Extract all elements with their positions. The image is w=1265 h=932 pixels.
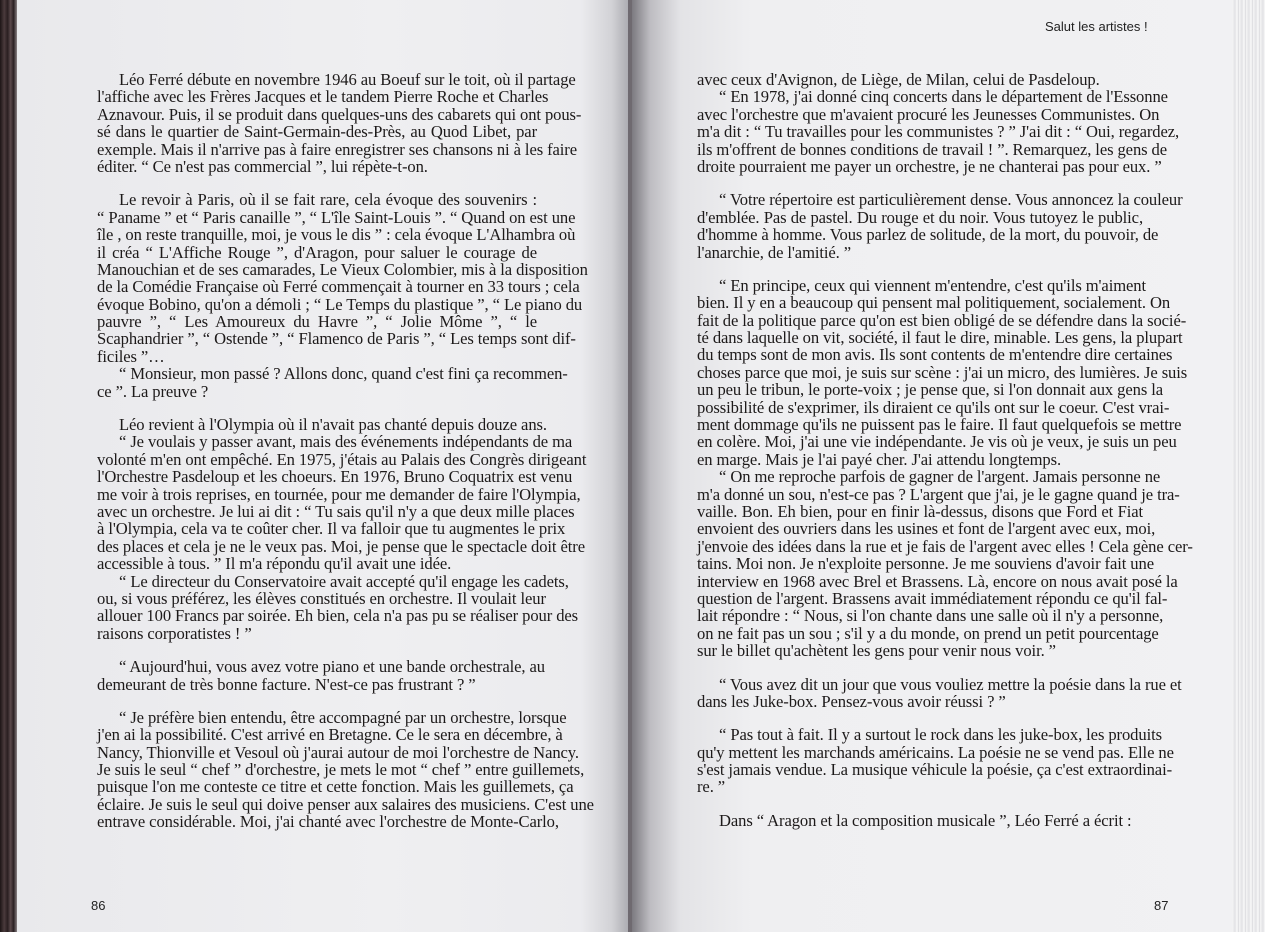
text-line: île , on reste tranquille, moi, je vous …: [97, 226, 537, 243]
text-line: ficiles ”…: [97, 348, 537, 365]
text-line: “ Monsieur, mon passé ? Allons donc, qua…: [97, 365, 537, 382]
text-line: Nancy, Thionville et Vesoul où j'aurai a…: [97, 744, 537, 761]
text-line: raisons corporatistes ! ”: [97, 625, 537, 642]
text-line: il créa “ L'Affiche Rouge ”, d'Aragon, p…: [97, 244, 537, 261]
text-line: droite pourraient me payer un orchestre,…: [697, 158, 1143, 175]
text-line: éclaire. Je suis le seul qui doive pense…: [97, 796, 537, 813]
text-line: envoient des ouvriers dans les usines et…: [697, 520, 1143, 537]
text-line: Manouchian et de ses camarades, Le Vieux…: [97, 261, 537, 278]
text-line: un peu le tribun, le porte-voix ; je pen…: [697, 381, 1143, 398]
text-line: volonté m'en ont empêché. En 1975, j'éta…: [97, 451, 537, 468]
text-line: entrave considérable. Moi, j'ai chanté a…: [97, 813, 537, 830]
text-line: “ Paname ” et “ Paris canaille ”, “ L'îl…: [97, 209, 537, 226]
text-line: en marge. Mais je l'ai payé cher. J'ai a…: [697, 451, 1143, 468]
paragraph: “ Le directeur du Conservatoire avait ac…: [97, 573, 537, 643]
text-line: évoque Bobino, qu'on a démoli ; “ Le Tem…: [97, 296, 537, 313]
text-line: “ Le directeur du Conservatoire avait ac…: [97, 573, 537, 590]
text-line: l'affiche avec les Frères Jacques et le …: [97, 88, 537, 105]
text-line: “ Je voulais y passer avant, mais des év…: [97, 433, 537, 450]
text-line: à l'Olympia, cela va te coûter cher. Il …: [97, 520, 537, 537]
text-line: des places et cela je ne le veux pas. Mo…: [97, 538, 537, 555]
text-line: l'Orchestre Pasdeloup et les choeurs. En…: [97, 468, 537, 485]
text-line: avec un orchestre. Je lui ai dit : “ Tu …: [97, 503, 537, 520]
paragraph: “ Vous avez dit un jour que vous vouliez…: [697, 676, 1143, 711]
text-line: Dans “ Aragon et la composition musicale…: [697, 812, 1143, 829]
text-line: “ En 1978, j'ai donné cinq concerts dans…: [697, 88, 1143, 105]
text-line: “ En principe, ceux qui viennent m'enten…: [697, 277, 1143, 294]
text-line: “ Aujourd'hui, vous avez votre piano et …: [97, 658, 537, 675]
text-line: vaille. Bon. Eh bien, pour en finir là-d…: [697, 503, 1143, 520]
text-line: question de l'argent. Brassens avait imm…: [697, 590, 1143, 607]
text-line: Je suis le seul “ chef ” d'orchestre, je…: [97, 761, 537, 778]
text-line: fait de la politique parce qu'on est bie…: [697, 312, 1143, 329]
text-line: tains. Moi non. Je n'exploite personne. …: [697, 555, 1143, 572]
text-line: interview en 1968 avec Brel et Brassens.…: [697, 573, 1143, 590]
book-spread: Salut les artistes ! Léo Ferré débute en…: [0, 0, 1265, 932]
page-number-right: 87: [1154, 898, 1168, 913]
text-line: re. ”: [697, 778, 1143, 795]
text-line: té dans laquelle on vit, société, il fau…: [697, 329, 1143, 346]
text-line: possibilité de s'exprimer, ils diraient …: [697, 399, 1143, 416]
text-line: Le revoir à Paris, où il se fait rare, c…: [97, 191, 537, 208]
text-line: sé dans le quartier de Saint-Germain-des…: [97, 123, 537, 140]
text-line: “ Pas tout à fait. Il y a surtout le roc…: [697, 726, 1143, 743]
text-line: m'a dit : “ Tu travailles pour les commu…: [697, 123, 1143, 140]
text-line: m'a donné un sou, n'est-ce pas ? L'argen…: [697, 486, 1143, 503]
text-line: Scaphandrier ”, “ Ostende ”, “ Flamenco …: [97, 330, 537, 347]
paragraph: Léo revient à l'Olympia où il n'avait pa…: [97, 416, 537, 433]
text-line: ment dommage qu'ils ne puissent pas le f…: [697, 416, 1143, 433]
running-head: Salut les artistes !: [1045, 19, 1148, 34]
text-line: d'emblée. Pas de pastel. Du rouge et du …: [697, 209, 1143, 226]
page-number-left: 86: [91, 898, 105, 913]
left-page-text: Léo Ferré débute en novembre 1946 au Boe…: [97, 71, 537, 831]
text-line: du temps sont de mon avis. Ils sont cont…: [697, 346, 1143, 363]
text-line: l'anarchie, de l'amitié. ”: [697, 244, 1143, 261]
paragraph: “ Aujourd'hui, vous avez votre piano et …: [97, 658, 537, 693]
right-page-text: avec ceux d'Avignon, de Liège, de Milan,…: [697, 71, 1143, 829]
paragraph: “ En principe, ceux qui viennent m'enten…: [697, 277, 1143, 468]
text-line: qu'y mettent les marchands américains. L…: [697, 744, 1143, 761]
text-line: bien. Il y en a beaucoup qui pensent mal…: [697, 294, 1143, 311]
paragraph: “ Pas tout à fait. Il y a surtout le roc…: [697, 726, 1143, 796]
text-line: allouer 100 Francs par soirée. Eh bien, …: [97, 607, 537, 624]
page-stack-edge-right: [1232, 0, 1265, 932]
paragraph: “ Je voulais y passer avant, mais des év…: [97, 433, 537, 572]
text-line: ils m'offrent de bonnes conditions de tr…: [697, 141, 1143, 158]
text-line: choses parce que moi, je suis sur scène …: [697, 364, 1143, 381]
paragraph: “ Monsieur, mon passé ? Allons donc, qua…: [97, 365, 537, 400]
text-line: Léo Ferré débute en novembre 1946 au Boe…: [97, 71, 537, 88]
paragraph: Le revoir à Paris, où il se fait rare, c…: [97, 191, 537, 365]
text-line: accessible à tous. ” Il m'a répondu qu'i…: [97, 555, 537, 572]
text-line: ce ”. La preuve ?: [97, 383, 537, 400]
text-line: de la Comédie Française où Ferré commenç…: [97, 278, 537, 295]
text-line: exemple. Mais il n'arrive pas à faire en…: [97, 141, 537, 158]
paragraph: Léo Ferré débute en novembre 1946 au Boe…: [97, 71, 537, 175]
text-line: pauvre ”, “ Les Amoureux du Havre ”, “ J…: [97, 313, 537, 330]
text-line: Aznavour. Puis, il se produit dans quelq…: [97, 106, 537, 123]
paragraph: “ En 1978, j'ai donné cinq concerts dans…: [697, 88, 1143, 175]
text-line: j'envoie des idées dans la rue et je fai…: [697, 538, 1143, 555]
text-line: s'est jamais vendue. La musique véhicule…: [697, 761, 1143, 778]
text-line: dans les Juke-box. Pensez-vous avoir réu…: [697, 693, 1143, 710]
text-line: sur le billet qu'achètent les gens pour …: [697, 642, 1143, 659]
paragraph: “ Votre répertoire est particulièrement …: [697, 191, 1143, 261]
paragraph: Dans “ Aragon et la composition musicale…: [697, 812, 1143, 829]
text-line: “ Je préfère bien entendu, être accompag…: [97, 709, 537, 726]
text-line: me voir à trois reprises, en tournée, po…: [97, 486, 537, 503]
text-line: demeurant de très bonne facture. N'est-c…: [97, 676, 537, 693]
paragraph: “ Je préfère bien entendu, être accompag…: [97, 709, 537, 831]
text-line: on ne fait pas un sou ; s'il y a du mond…: [697, 625, 1143, 642]
paragraph: avec ceux d'Avignon, de Liège, de Milan,…: [697, 71, 1143, 88]
text-line: d'homme à homme. Vous parlez de solitude…: [697, 226, 1143, 243]
text-line: avec l'orchestre que m'avaient procuré l…: [697, 106, 1143, 123]
text-line: “ Votre répertoire est particulièrement …: [697, 191, 1143, 208]
text-line: lait répondre : “ Nous, si l'on chante d…: [697, 607, 1143, 624]
text-line: en colère. Moi, j'ai une vie indépendant…: [697, 433, 1143, 450]
text-line: ou, si vous préférez, les élèves constit…: [97, 590, 537, 607]
text-line: “ On me reproche parfois de gagner de l'…: [697, 468, 1143, 485]
paragraph: “ On me reproche parfois de gagner de l'…: [697, 468, 1143, 659]
text-line: “ Vous avez dit un jour que vous vouliez…: [697, 676, 1143, 693]
text-line: puisque l'on me conteste ce titre et cet…: [97, 778, 537, 795]
text-line: Léo revient à l'Olympia où il n'avait pa…: [97, 416, 537, 433]
text-line: j'en ai la possibilité. C'est arrivé en …: [97, 726, 537, 743]
text-line: avec ceux d'Avignon, de Liège, de Milan,…: [697, 71, 1143, 88]
page-stack-edge-left: [0, 0, 17, 932]
text-line: éditer. “ Ce n'est pas commercial ”, lui…: [97, 158, 537, 175]
